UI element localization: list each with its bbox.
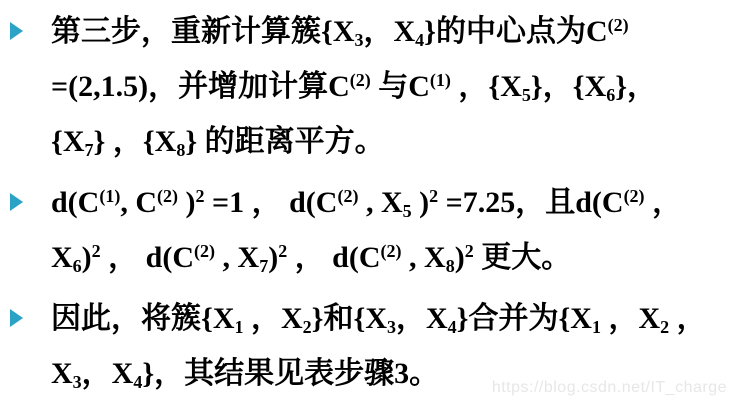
text-line: {X7} ，{X8} 的距离平方。 — [51, 114, 729, 169]
text-line: 第三步，重新计算簇{X3，X4}的中心点为C(2) — [51, 4, 729, 59]
text-line: d(C(1), C(2) )2 =1 ， d(C(2) , X5 )2 =7.2… — [51, 175, 729, 230]
bullet-item-distances: d(C(1), C(2) )2 =1 ， d(C(2) , X5 )2 =7.2… — [10, 175, 729, 285]
bullet-item-step3: 第三步，重新计算簇{X3，X4}的中心点为C(2) =(2,1.5)，并增加计算… — [10, 4, 729, 169]
bullet-text: d(C(1), C(2) )2 =1 ， d(C(2) , X5 )2 =7.2… — [51, 175, 729, 285]
bullet-triangle-icon — [10, 193, 51, 211]
text-line: =(2,1.5)，并增加计算C(2) 与C(1) ，{X5}，{X6}， — [51, 59, 729, 114]
bullet-triangle-icon — [10, 22, 51, 40]
bullet-text: 第三步，重新计算簇{X3，X4}的中心点为C(2) =(2,1.5)，并增加计算… — [51, 4, 729, 169]
text-line: 因此，将簇{X1 ，X2}和{X3，X4}合并为{X1 ，X2 ， — [51, 291, 729, 346]
watermark: https://blog.csdn.net/IT_charge — [492, 379, 727, 397]
bullet-triangle-icon — [10, 309, 51, 327]
slide: 第三步，重新计算簇{X3，X4}的中心点为C(2) =(2,1.5)，并增加计算… — [0, 0, 735, 405]
text-line: X6)2 ， d(C(2) , X7)2 ， d(C(2) , X8)2 更大。 — [51, 230, 729, 285]
